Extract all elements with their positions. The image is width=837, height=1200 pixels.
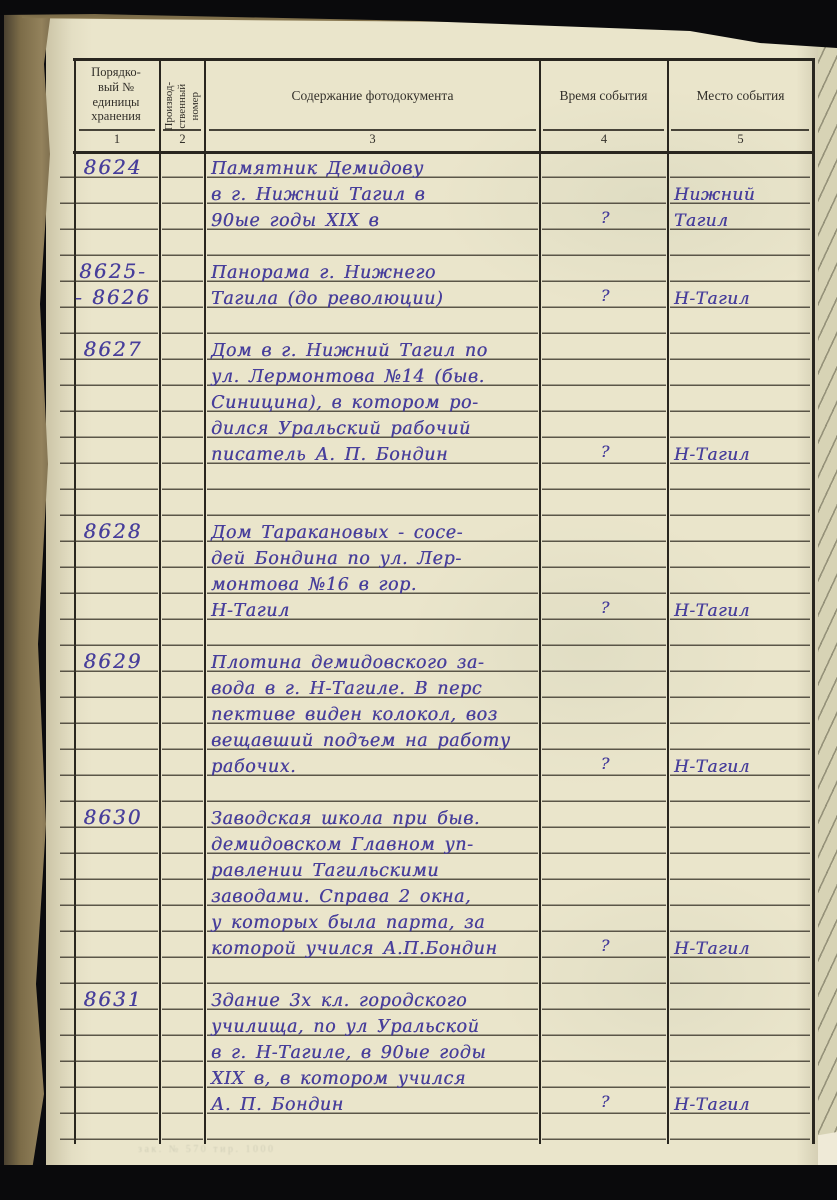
entry-content-line: Н-Тагил bbox=[211, 598, 541, 624]
next-page-edge bbox=[816, 30, 837, 1150]
entry-time-mark: ? bbox=[543, 286, 667, 310]
entry-content-line: 90ые годы XIX в bbox=[211, 208, 541, 234]
entry-content-line: ул. Лермонтова №14 (быв. bbox=[211, 364, 541, 390]
entry-content-line: Дом Таракановых - сосе- bbox=[211, 520, 541, 546]
entry-content-line: Здание 3х кл. городского bbox=[211, 988, 541, 1014]
entry-place-line: Нижний bbox=[674, 182, 810, 208]
entry-time-mark: ? bbox=[543, 208, 667, 232]
entry-content-line: XIX в, в котором учился bbox=[211, 1066, 541, 1092]
entry-place-line: Тагил bbox=[674, 208, 810, 234]
entry-content-line: Синицина), в котором ро- bbox=[211, 390, 541, 416]
entry-number: - 8626 bbox=[66, 285, 160, 310]
header-col4-label: Время события bbox=[540, 88, 667, 104]
number-row-rule bbox=[79, 129, 155, 131]
entry-content-line: пективе виден колокол, воз bbox=[211, 702, 541, 728]
entry-number: 8624 bbox=[66, 155, 160, 180]
entry-time-mark: ? bbox=[543, 1092, 667, 1116]
entry-content-line: у которых была парта, за bbox=[211, 910, 541, 936]
table-right-border bbox=[812, 58, 815, 1144]
entry-place-line: Н-Тагил bbox=[674, 754, 810, 780]
entry-number: 8629 bbox=[66, 649, 160, 674]
entry-place-line: Н-Тагил bbox=[674, 598, 810, 624]
entry-content-line: которой учился А.П.Бондин bbox=[211, 936, 541, 962]
column-number-cell: 4 bbox=[541, 132, 667, 150]
entry-content-line: демидовском Главном уп- bbox=[211, 832, 541, 858]
column-divider bbox=[204, 58, 206, 1144]
register-page: Порядко- вый № единицы хранения Производ… bbox=[46, 16, 818, 1166]
number-row-rule bbox=[543, 129, 664, 131]
entry-number: 8625- bbox=[66, 259, 160, 284]
header-col5-label: Место события bbox=[668, 88, 813, 104]
entry-content-line: училища, по ул Уральской bbox=[211, 1014, 541, 1040]
entry-content-line: Памятник Демидову bbox=[211, 156, 541, 182]
entry-time-mark: ? bbox=[543, 754, 667, 778]
entry-content-line: монтова №16 в гор. bbox=[211, 572, 541, 598]
print-imprint: зак. № 570 тир. 1000 bbox=[138, 1144, 558, 1155]
entry-content-line: заводами. Справа 2 окна, bbox=[211, 884, 541, 910]
entry-time-mark: ? bbox=[543, 442, 667, 466]
number-row-rule bbox=[209, 129, 536, 131]
entry-number: 8627 bbox=[66, 337, 160, 362]
column-divider bbox=[159, 58, 161, 1144]
entry-content-line: Тагила (до революции) bbox=[211, 286, 541, 312]
entry-number: 8631 bbox=[66, 987, 160, 1012]
header-col3-label: Содержание фотодокумента bbox=[206, 88, 539, 104]
column-number-cell: 3 bbox=[206, 132, 539, 150]
entry-time-mark: ? bbox=[543, 936, 667, 960]
column-number-cell: 1 bbox=[75, 132, 159, 150]
entry-content-line: дей Бондина по ул. Лер- bbox=[211, 546, 541, 572]
entry-content-line: Дом в г. Нижний Тагил по bbox=[211, 338, 541, 364]
entry-place-line: Н-Тагил bbox=[674, 442, 810, 468]
entry-content-line: вода в г. Н-Тагиле. В перс bbox=[211, 676, 541, 702]
entry-content-line: равлении Тагильскими bbox=[211, 858, 541, 884]
number-row-rule bbox=[671, 129, 809, 131]
entry-number: 8628 bbox=[66, 519, 160, 544]
entry-content-line: дился Уральский рабочий bbox=[211, 416, 541, 442]
entry-place-line: Н-Тагил bbox=[674, 936, 810, 962]
column-divider bbox=[667, 58, 669, 1144]
entry-place-line: Н-Тагил bbox=[674, 1092, 810, 1118]
entry-content-line: Плотина демидовского за- bbox=[211, 650, 541, 676]
entry-content-line: в г. Н-Тагиле, в 90ые годы bbox=[211, 1040, 541, 1066]
entry-place-line: Н-Тагил bbox=[674, 286, 810, 312]
photo-backdrop-bottom bbox=[0, 1165, 837, 1200]
column-number-cell: 5 bbox=[669, 132, 812, 150]
entry-content-line: в г. Нижний Тагил в bbox=[211, 182, 541, 208]
column-number-cell: 2 bbox=[161, 132, 204, 150]
entry-time-mark: ? bbox=[543, 598, 667, 622]
archive-photo-scene: Порядко- вый № единицы хранения Производ… bbox=[0, 0, 837, 1200]
ruled-lines-col2 bbox=[162, 152, 203, 1140]
entry-content-line: Панорама г. Нижнего bbox=[211, 260, 541, 286]
entry-content-line: А. П. Бондин bbox=[211, 1092, 541, 1118]
entry-content-line: рабочих. bbox=[211, 754, 541, 780]
entry-number: 8630 bbox=[66, 805, 160, 830]
entry-content-line: писатель А. П. Бондин bbox=[211, 442, 541, 468]
entry-content-line: вещавший подъем на работу bbox=[211, 728, 541, 754]
entry-content-line: Заводская школа при быв. bbox=[211, 806, 541, 832]
header-col1-label: Порядко- вый № единицы хранения bbox=[73, 65, 159, 124]
